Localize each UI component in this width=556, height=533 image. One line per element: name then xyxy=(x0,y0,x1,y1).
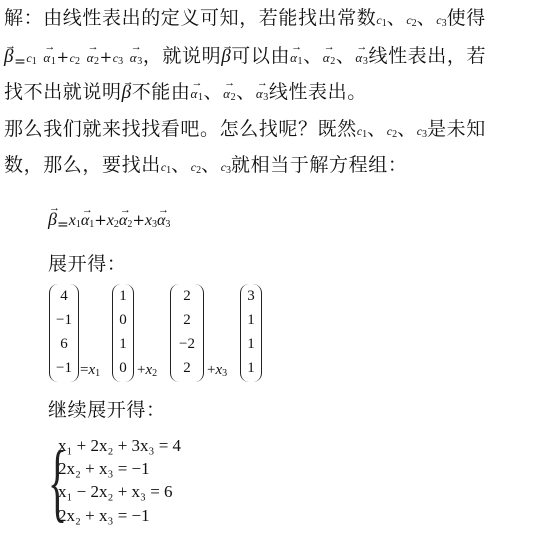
text: 解：由线性表出的定义可知，若能找出常数 xyxy=(4,7,376,29)
text: 使得 xyxy=(447,7,486,29)
matrix-cell: 1 xyxy=(241,356,261,380)
text: 线性表出，若 xyxy=(368,45,486,67)
matrix-cell: −1 xyxy=(50,308,78,332)
text: ，就说明 xyxy=(143,45,221,67)
beta-vector: β xyxy=(4,45,14,69)
matrix-cell: 1 xyxy=(241,332,261,356)
matrix-alpha2: 2 2 −2 2 xyxy=(170,284,204,382)
matrix-op-3: +x3 xyxy=(207,362,227,379)
text: 数，那么，要找出 xyxy=(4,154,161,176)
expand-label: 展开得： xyxy=(48,252,126,276)
para1-line3: 找不出就说明β不能由α1、α2、α3线性表出。 xyxy=(4,80,367,110)
matrix-cell: 1 xyxy=(241,308,261,332)
matrix-cell: 0 xyxy=(113,308,133,332)
text: 不能由 xyxy=(132,81,191,103)
matrix-cell: 1 xyxy=(113,332,133,356)
matrix-alpha3: 3 1 1 1 xyxy=(240,284,262,382)
system-row: x₁ − 2x₂ + x₃ = 6 xyxy=(58,482,173,502)
matrix-cell: 3 xyxy=(241,284,261,308)
vector-equation: β=x1α1+x2α2+x3α3 xyxy=(48,207,170,237)
matrix-cell: 0 xyxy=(113,356,133,380)
matrix-cell: 1 xyxy=(113,284,133,308)
text: 找不出就说明 xyxy=(4,81,122,103)
matrix-cell: −1 xyxy=(50,356,78,380)
matrix-cell: −2 xyxy=(171,332,203,356)
para1-line2: β=c1 α1+c2 α2+c3 α3，就说明β可以由α1、α2、α3线性表出，… xyxy=(4,44,486,74)
continue-label: 继续展开得： xyxy=(48,398,166,422)
system-row: 2x₂ + x₃ = −1 xyxy=(58,506,150,526)
matrix-alpha1: 1 0 1 0 xyxy=(112,284,134,382)
matrix-cell: 4 xyxy=(50,284,78,308)
para1-line1: 解：由线性表出的定义可知，若能找出常数c1、c2、c3使得 xyxy=(4,6,486,36)
text: 线性表出。 xyxy=(269,81,367,103)
matrix-beta: 4 −1 6 −1 xyxy=(49,284,79,382)
para2-line1: 那么我们就来找找看吧。怎么找呢？既然c1、c2、c3是未知 xyxy=(4,117,486,147)
matrix-cell: 2 xyxy=(171,284,203,308)
text: 那么我们就来找找看吧。怎么找呢？既然 xyxy=(4,118,357,140)
system-row: 2x₂ + x₃ = −1 xyxy=(58,459,150,479)
para2-line2: 数，那么，要找出c1、c2、c3就相当于解方程组： xyxy=(4,153,407,183)
text: 就相当于解方程组： xyxy=(231,154,407,176)
text: 可以由 xyxy=(231,45,290,67)
matrix-cell: 2 xyxy=(171,356,203,380)
matrix-op-2: +x2 xyxy=(137,362,157,379)
system-row: x₁ + 2x₂ + 3x₃ = 4 xyxy=(58,436,181,456)
matrix-cell: 2 xyxy=(171,308,203,332)
text: 是未知 xyxy=(427,118,486,140)
matrix-op-1: =x1 xyxy=(80,362,100,379)
matrix-cell: 6 xyxy=(50,332,78,356)
